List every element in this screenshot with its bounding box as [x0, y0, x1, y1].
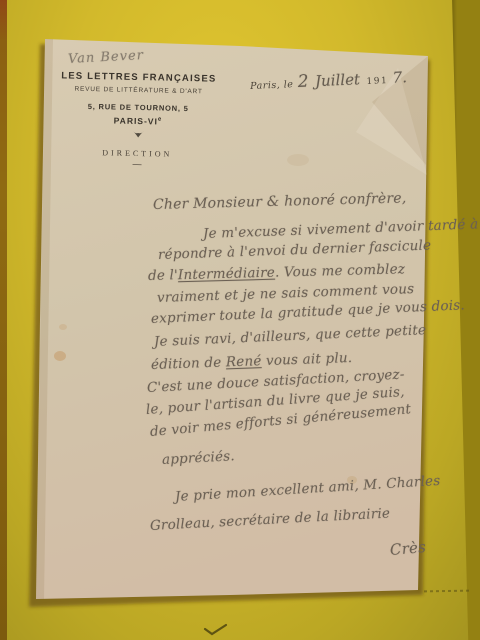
dateline-printed-year: 191	[366, 76, 388, 87]
letterhead-city-superscript: e	[158, 117, 162, 123]
letterhead: LES LETTRES FRANÇAISES REVUE DE LITTÉRAT…	[49, 70, 227, 170]
fleuron-ornament-icon	[50, 128, 226, 140]
pencil-note: Van Bever	[68, 48, 145, 67]
letter-line: de l'Intermédiaire. Vous me comblez	[148, 261, 406, 284]
letterhead-title: LES LETTRES FRANÇAISES	[51, 70, 227, 85]
letter-line: Je m'excuse si vivement d'avoir tardé à	[203, 216, 479, 242]
signature: Crès	[389, 538, 426, 559]
letter-line: édition de René vous ait plu.	[151, 350, 353, 373]
letterhead-address: 5, RUE DE TOURNON, 5	[50, 101, 226, 114]
letterhead-rule: —	[49, 158, 225, 170]
dateline: Paris, le 2 Juillet 191 7.	[250, 66, 436, 94]
letter-line-text: vous ait plu.	[261, 350, 352, 369]
underlined-word: René	[226, 353, 262, 370]
letter-photo-stage: Van Bever LES LETTRES FRANÇAISES REVUE D…	[0, 0, 480, 640]
dateline-handwritten-day: 2	[297, 71, 309, 91]
dateline-handwritten-month: Juillet	[315, 70, 361, 90]
letterhead-city-text: PARIS-VI	[114, 115, 158, 126]
letter-line-text: de l'	[148, 267, 178, 284]
dateline-handwritten-year-digit: 7.	[392, 68, 407, 87]
letter-line: répondre à l'envoi du dernier fascicule	[158, 237, 432, 263]
letter-line: Je prie mon excellent ami, M. Charles	[175, 473, 441, 505]
letter-line: appréciés.	[162, 448, 236, 468]
letter-line: Je suis ravi, d'ailleurs, que cette peti…	[154, 322, 427, 350]
underlined-word: Intermédiaire	[178, 265, 275, 284]
letter-line-text: édition de	[151, 354, 226, 373]
letter-line-text: . Vous me comblez	[275, 261, 406, 280]
letter-document: Van Bever LES LETTRES FRANÇAISES REVUE D…	[0, 0, 480, 640]
letterhead-city: PARIS-VIe	[50, 114, 226, 128]
dateline-printed-prefix: Paris, le	[250, 79, 294, 92]
letter-salutation: Cher Monsieur & honoré confrère,	[153, 190, 407, 213]
pencil-check-mark	[203, 623, 229, 640]
letterhead-subtitle: REVUE DE LITTÉRATURE & D'ART	[51, 85, 227, 96]
letter-line: Grolleau, secrétaire de la librairie	[150, 505, 391, 534]
